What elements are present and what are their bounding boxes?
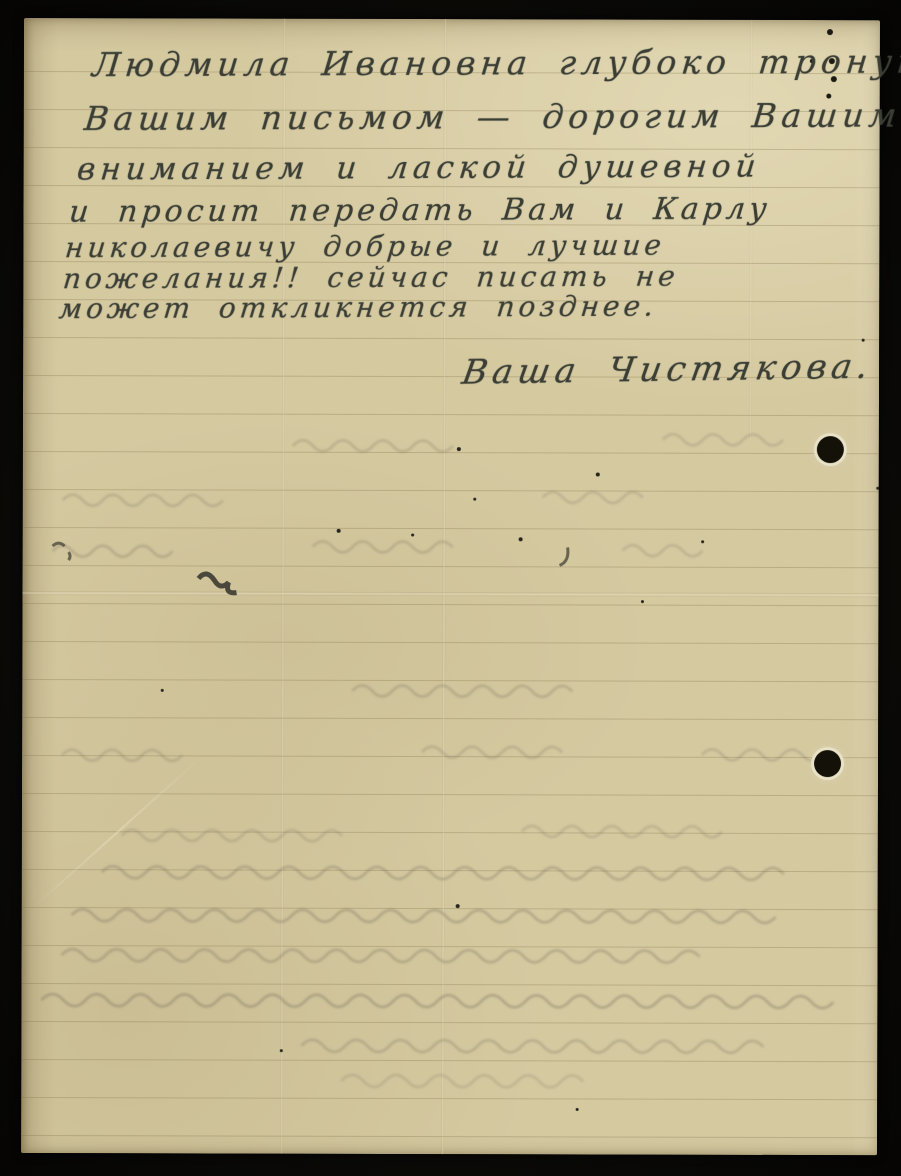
handwriting-line: Вашим письмом — дорогим Вашим: [82, 95, 901, 138]
letter-page: Людмила Ивановна глубоко тронута Вашим п…: [21, 18, 880, 1155]
handwriting-line: может откликнется позднее.: [57, 290, 658, 326]
handwriting-line: николаевичу добрые и лучшие: [64, 229, 667, 265]
punch-hole: [817, 436, 844, 463]
ink-smudges: [52, 543, 567, 594]
signature: Ваша Чистякова.: [459, 347, 876, 393]
bleed-through-layer: [21, 18, 880, 1155]
handwriting-line: и просит передать Вам и Карлу: [67, 192, 772, 230]
bleed-through-writing: [41, 433, 835, 1089]
punch-hole: [814, 750, 841, 777]
handwriting-line: вниманием и лаской душевной: [76, 149, 763, 188]
handwriting-line: Людмила Ивановна глубоко тронута: [91, 41, 901, 84]
